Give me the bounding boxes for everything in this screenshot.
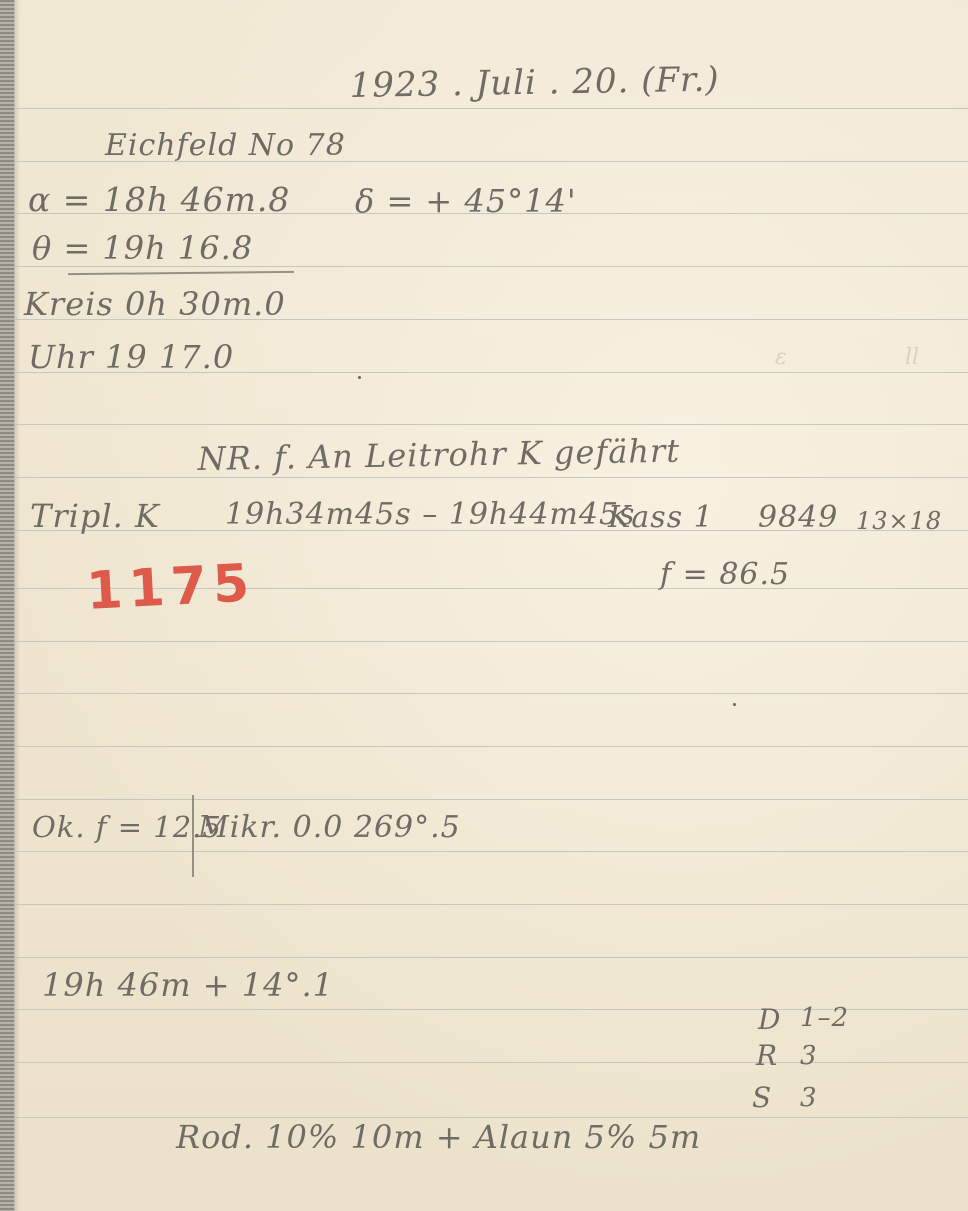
notebook-binding — [0, 0, 15, 1211]
quality-value-d: 1–2 — [800, 1003, 849, 1033]
ruled-line — [14, 904, 968, 905]
ruled-line — [14, 477, 968, 478]
column-divider — [192, 795, 194, 877]
right-ascension: α = 18h 46m.8 — [28, 180, 290, 219]
position-coordinates: 19h 46m + 14°.1 — [42, 966, 334, 1004]
micrometer-reading: Mikr. 0.0 269°.5 — [198, 810, 461, 845]
exposure-time-range: 19h34m45s – 19h44m45s — [225, 497, 635, 532]
quality-value-s: 3 — [800, 1083, 818, 1113]
binding-shadow — [14, 0, 20, 1211]
date-header: 1923 . Juli . 20. (Fr.) — [349, 60, 720, 106]
plate-size: 13×18 — [856, 507, 942, 535]
quality-value-r: 3 — [800, 1041, 818, 1071]
focus-value: f = 86.5 — [660, 557, 790, 592]
ruled-line — [14, 957, 968, 958]
red-plate-number: 1175 — [85, 553, 257, 622]
declination: δ = + 45°14' — [355, 182, 577, 220]
show-through-mark: ll — [905, 345, 919, 370]
instrument: Tripl. K — [30, 497, 160, 535]
ruled-line — [14, 424, 968, 425]
sum-underline — [68, 271, 294, 275]
clock-reading: Uhr 19 17.0 — [28, 338, 234, 376]
quality-label-r: R — [756, 1039, 778, 1072]
sidereal-time: θ = 19h 16.8 — [32, 229, 253, 267]
pencil-dot — [733, 703, 736, 706]
show-through-mark: ε — [775, 345, 787, 370]
field-title: Eichfeld No 78 — [105, 128, 346, 163]
ruled-line — [14, 1062, 968, 1063]
plate-id: 9849 — [758, 500, 838, 535]
ruled-line — [14, 641, 968, 642]
quality-label-s: S — [752, 1081, 772, 1114]
cassette: Kass 1 — [608, 500, 714, 535]
pencil-dot — [358, 376, 361, 379]
ruled-line — [14, 799, 968, 800]
development-note: Rod. 10% 10m + Alaun 5% 5m — [176, 1118, 701, 1156]
ruled-line — [14, 108, 968, 109]
ruled-line — [14, 746, 968, 747]
guiding-note: NR. f. An Leitrohr K gefährt — [197, 432, 680, 478]
ruled-line — [14, 851, 968, 852]
ruled-line — [14, 693, 968, 694]
quality-label-d: D — [758, 1003, 781, 1036]
circle-reading: Kreis 0h 30m.0 — [24, 285, 286, 323]
notebook-page: ε ll 1923 . Juli . 20. (Fr.) Eichfeld No… — [0, 0, 968, 1211]
